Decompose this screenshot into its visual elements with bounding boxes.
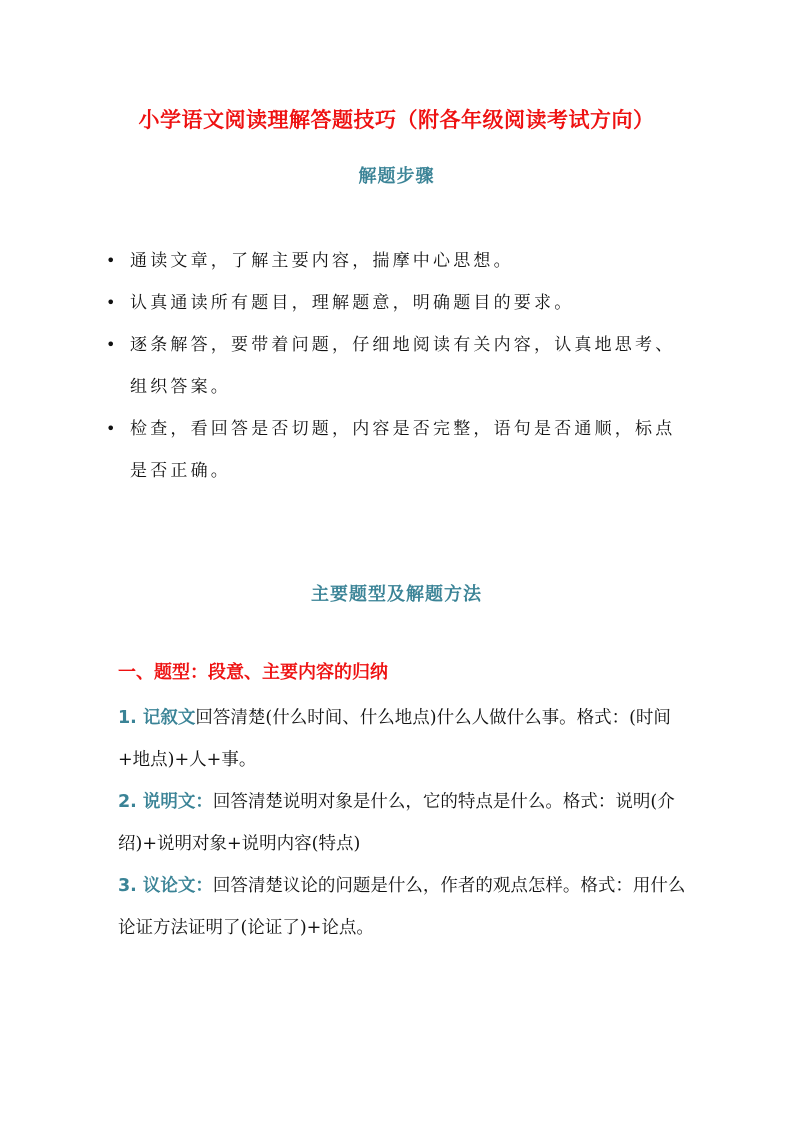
steps-list: •通读文章，了解主要内容，揣摩中心思想。 •认真通读所有题目，理解题意，明确题目… [104, 240, 684, 492]
item-expository: 2. 说明文：回答清楚说明对象是什么，它的特点是什么。格式：说明(介绍)+说明对… [118, 781, 698, 865]
list-item: •逐条解答，要带着问题，仔细地阅读有关内容，认真地思考、组织答案。 [104, 324, 684, 408]
list-item: •检查，看回答是否切题，内容是否完整，语句是否通顺，标点是否正确。 [104, 408, 684, 492]
bullet-icon: • [106, 408, 119, 450]
bullet-icon: • [106, 240, 119, 282]
question-type-items: 1. 记叙文回答清楚(什么时间、什么地点)什么人做什么事。格式：(时间+地点)+… [118, 697, 698, 949]
bullet-icon: • [106, 324, 119, 366]
section-heading-steps: 解题步骤 [0, 162, 793, 188]
item-narrative: 1. 记叙文回答清楚(什么时间、什么地点)什么人做什么事。格式：(时间+地点)+… [118, 697, 698, 781]
list-item: •认真通读所有题目，理解题意，明确题目的要求。 [104, 282, 684, 324]
document-title: 小学语文阅读理解答题技巧（附各年级阅读考试方向） [0, 104, 793, 134]
section-heading-methods: 主要题型及解题方法 [0, 580, 793, 606]
list-item: •通读文章，了解主要内容，揣摩中心思想。 [104, 240, 684, 282]
item-argumentative: 3. 议论文：回答清楚议论的问题是什么，作者的观点怎样。格式：用什么论证方法证明… [118, 865, 698, 949]
question-type-heading: 一、题型：段意、主要内容的归纳 [118, 658, 388, 684]
bullet-icon: • [106, 282, 119, 324]
